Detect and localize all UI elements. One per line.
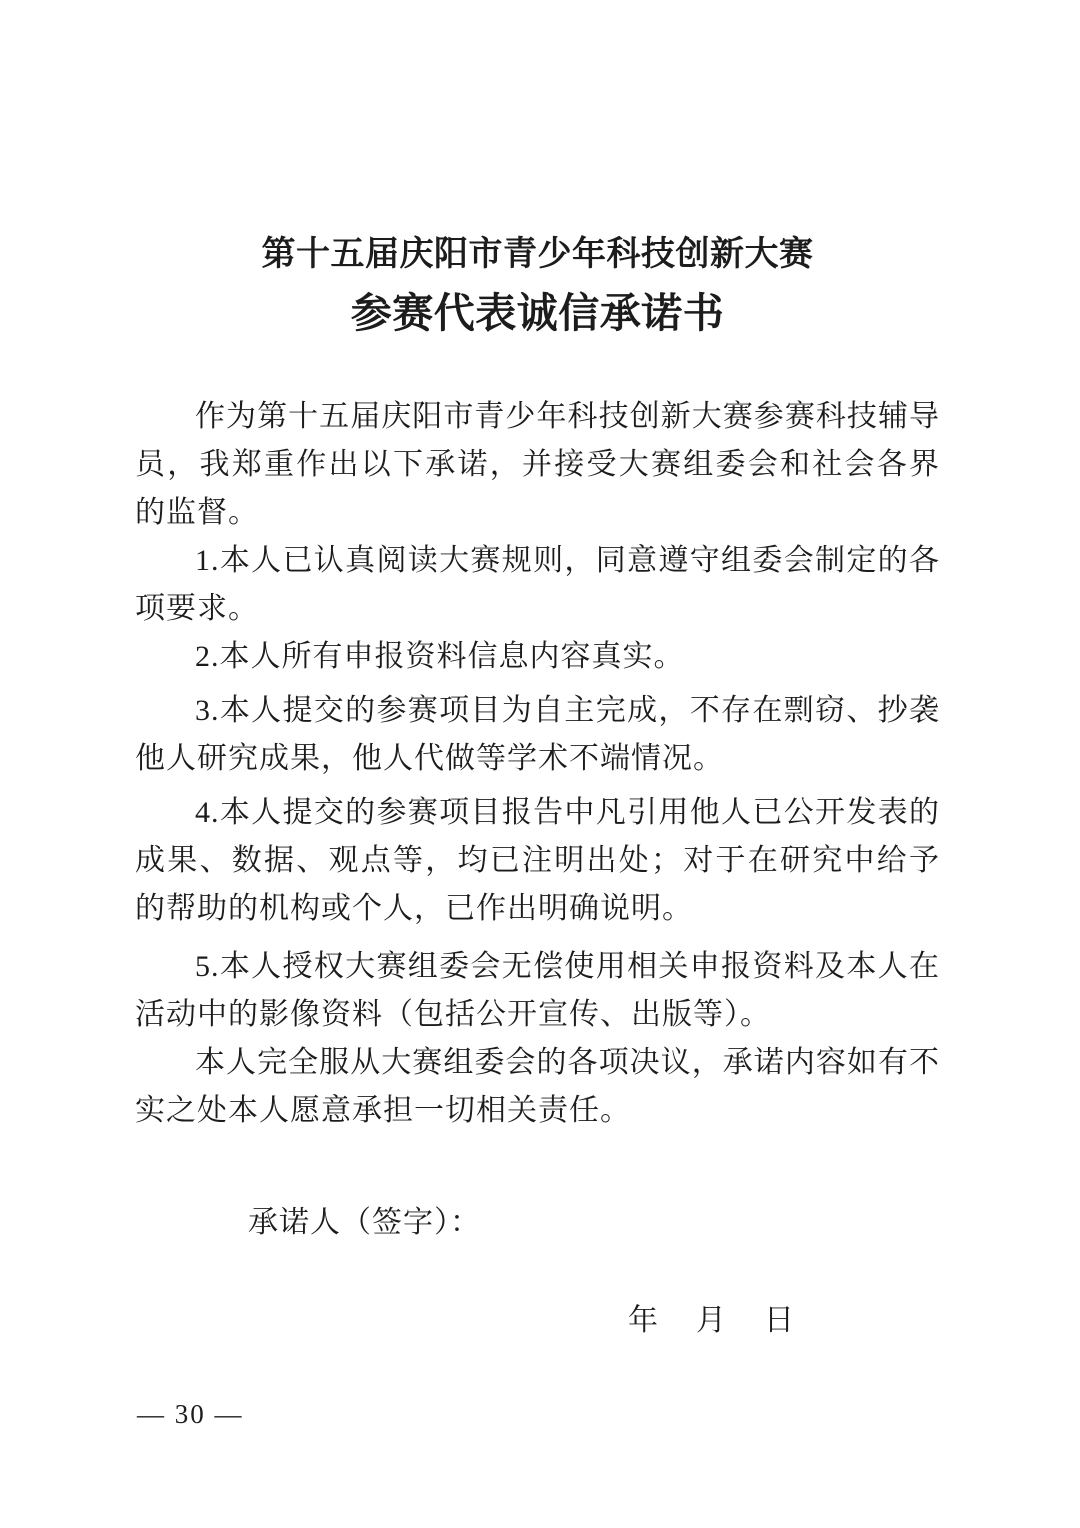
signature-label: 承诺人（签字）： (135, 1199, 940, 1247)
commitment-item-5: 5.本人授权大赛组委会无偿使用相关申报资料及本人在活动中的影像资料（包括公开宣传… (135, 943, 940, 1039)
document-title-line2: 参赛代表诚信承诺书 (135, 291, 940, 335)
commitment-item-2: 2.本人所有申报资料信息内容真实。 (135, 633, 940, 681)
document-page: 第十五届庆阳市青少年科技创新大赛 参赛代表诚信承诺书 作为第十五届庆阳市青少年科… (0, 0, 1080, 1528)
commitment-closing-paragraph: 本人完全服从大赛组委会的各项决议，承诺内容如有不实之处本人愿意承担一切相关责任。 (135, 1039, 940, 1135)
commitment-item-3: 3.本人提交的参赛项目为自主完成，不存在剽窃、抄袭他人研究成果，他人代做等学术不… (135, 687, 940, 783)
page-number: — 30 — (137, 1398, 244, 1430)
date-line: 年 月 日 (135, 1297, 940, 1345)
document-body: 作为第十五届庆阳市青少年科技创新大赛参赛科技辅导员，我郑重作出以下承诺，并接受大… (135, 393, 940, 1135)
commitment-item-4: 4.本人提交的参赛项目报告中凡引用他人已公开发表的成果、数据、观点等，均已注明出… (135, 789, 940, 933)
document-content: 第十五届庆阳市青少年科技创新大赛 参赛代表诚信承诺书 作为第十五届庆阳市青少年科… (135, 0, 940, 1345)
commitment-item-1: 1.本人已认真阅读大赛规则，同意遵守组委会制定的各项要求。 (135, 537, 940, 633)
document-title-line1: 第十五届庆阳市青少年科技创新大赛 (135, 235, 940, 273)
commitment-intro-paragraph: 作为第十五届庆阳市青少年科技创新大赛参赛科技辅导员，我郑重作出以下承诺，并接受大… (135, 393, 940, 537)
